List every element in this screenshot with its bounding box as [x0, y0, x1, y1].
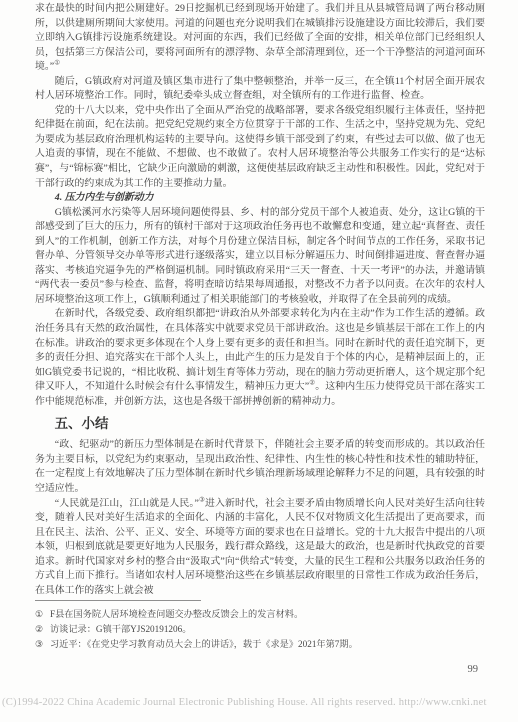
paragraph: G镇松溪河水污染等人居环境问题使得县、乡、村的部分党员干部个人被追责、处分，这让…: [35, 206, 485, 308]
paragraph-continuation: 求在最快的时间内把公厕建好。29日挖掘机已经到现场开始建了。我们并且从县城管局调…: [35, 2, 485, 75]
footnote: ②访谈记录：G镇干部YJS20191206。: [35, 622, 485, 637]
footnote-marker: ①: [35, 607, 50, 622]
page-number: 99: [468, 664, 479, 675]
paragraph-text: 进入新时代，社会主要矛盾由物质增长向人民对美好生活向往转变，随着人民对美好生活追…: [35, 498, 485, 596]
paragraph: 在新时代，各级党委、政府组织都把“讲政治从外部要求转化为内在主动”作为工作生活的…: [35, 307, 485, 409]
paragraph-text: “人民就是江山，江山就是人民。”: [55, 498, 199, 509]
footnote-text: 访谈记录：G镇干部YJS20191206。: [50, 624, 191, 634]
footnote: ①F县在国务院人居环境检查问题交办整改反馈会上的发言材料。: [35, 607, 485, 622]
footnote-ref-1: ①: [54, 60, 60, 67]
paragraph: 党的十八大以来，党中央作出了全面从严治党的战略部署，要求各级党组织履行主体责任，…: [35, 104, 485, 191]
paragraph-text: 求在最快的时间内把公厕建好。29日挖掘机已经到现场开始建了。我们并且从县城管局调…: [35, 3, 485, 72]
footnote-marker: ②: [35, 622, 50, 637]
footnote-text: F县在国务院人居环境检查问题交办整改反馈会上的发言材料。: [50, 609, 303, 619]
footnote-text: 习近平：《在党史学习教育动员大会上的讲话》，载于《求是》2021年第7期。: [50, 639, 358, 649]
copyright-footer: (C)1994-2022 China Academic Journal Elec…: [2, 697, 516, 708]
article-body: 求在最快的时间内把公厕建好。29日挖掘机已经到现场开始建了。我们并且从县城管局调…: [35, 2, 485, 598]
section-heading: 五、小结: [35, 415, 485, 433]
paragraph: 随后，G镇政府对河道及镇区集市进行了集中整顿整治，并举一反三，在全镇11个村居全…: [35, 75, 485, 104]
paragraph: “政、纪驱动”的新压力型体制是在新时代背景下，伴随社会主要矛盾的转变而形成的。其…: [35, 438, 485, 496]
footnote-marker: ③: [35, 637, 50, 652]
footnote-separator: [35, 600, 201, 601]
paragraph-text: 在新时代，各级党委、政府组织都把“讲政治从外部要求转化为内在主动”作为工作生活的…: [35, 308, 485, 392]
paragraph: “人民就是江山，江山就是人民。”③进入新时代，社会主要矛盾由物质增长向人民对美好…: [35, 497, 485, 599]
document-page: 求在最快的时间内把公厕建好。29日挖掘机已经到现场开始建了。我们并且从县城管局调…: [0, 0, 518, 722]
subsection-heading: 4. 压力内生与创新动力: [35, 191, 485, 206]
footnote: ③习近平：《在党史学习教育动员大会上的讲话》，载于《求是》2021年第7期。: [35, 637, 485, 652]
footnotes-section: ①F县在国务院人居环境检查问题交办整改反馈会上的发言材料。 ②访谈记录：G镇干部…: [35, 600, 485, 653]
